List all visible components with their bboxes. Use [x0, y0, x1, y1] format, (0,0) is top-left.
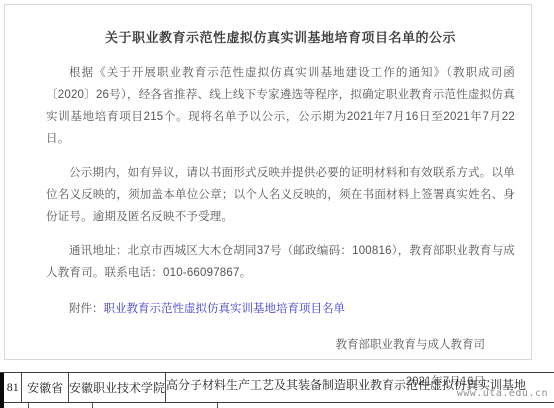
paragraph-basis: 根据《关于开展职业教育示范性虚拟仿真实训基地建设工作的通知》（教职成司函〔202… [46, 62, 515, 150]
stub-cell-serial [4, 403, 29, 408]
cell-serial-number: 81 [4, 373, 22, 402]
cell-province: 安徽省 [22, 373, 69, 402]
paragraph-objection-rules: 公示期内，如有异议，请以书面形式反映并提供必要的证明材料和有效联系方式。以单位名… [46, 162, 515, 228]
attachment-line: 附件：职业教育示范性虚拟仿真实训基地培育项目名单 [46, 298, 515, 320]
stub-cell-province [29, 403, 93, 408]
site-watermark: www.uta.edu.cn [457, 388, 548, 399]
page-title: 关于职业教育示范性虚拟仿真实训基地培育项目名单的公示 [46, 30, 515, 46]
document-page: 关于职业教育示范性虚拟仿真实训基地培育项目名单的公示 根据《关于开展职业教育示范… [4, 4, 532, 360]
attachment-link[interactable]: 职业教育示范性虚拟仿真实训基地培育项目名单 [104, 303, 346, 315]
cell-school-name: 安徽职业技术学院 [69, 373, 166, 402]
screenshot-stage: 关于职业教育示范性虚拟仿真实训基地培育项目名单的公示 根据《关于开展职业教育示范… [0, 0, 554, 408]
paragraph-contact-info: 通讯地址：北京市西城区大木仓胡同37号（邮政编码：100816），教育部职业教育… [46, 240, 515, 284]
attachment-label: 附件： [69, 303, 104, 315]
issuer-signature: 教育部职业教育与成人教育司 [46, 334, 485, 356]
document-content: 关于职业教育示范性虚拟仿真实训基地培育项目名单的公示 根据《关于开展职业教育示范… [5, 30, 531, 393]
stub-cell-school [93, 403, 218, 408]
next-row-stub [4, 403, 554, 408]
